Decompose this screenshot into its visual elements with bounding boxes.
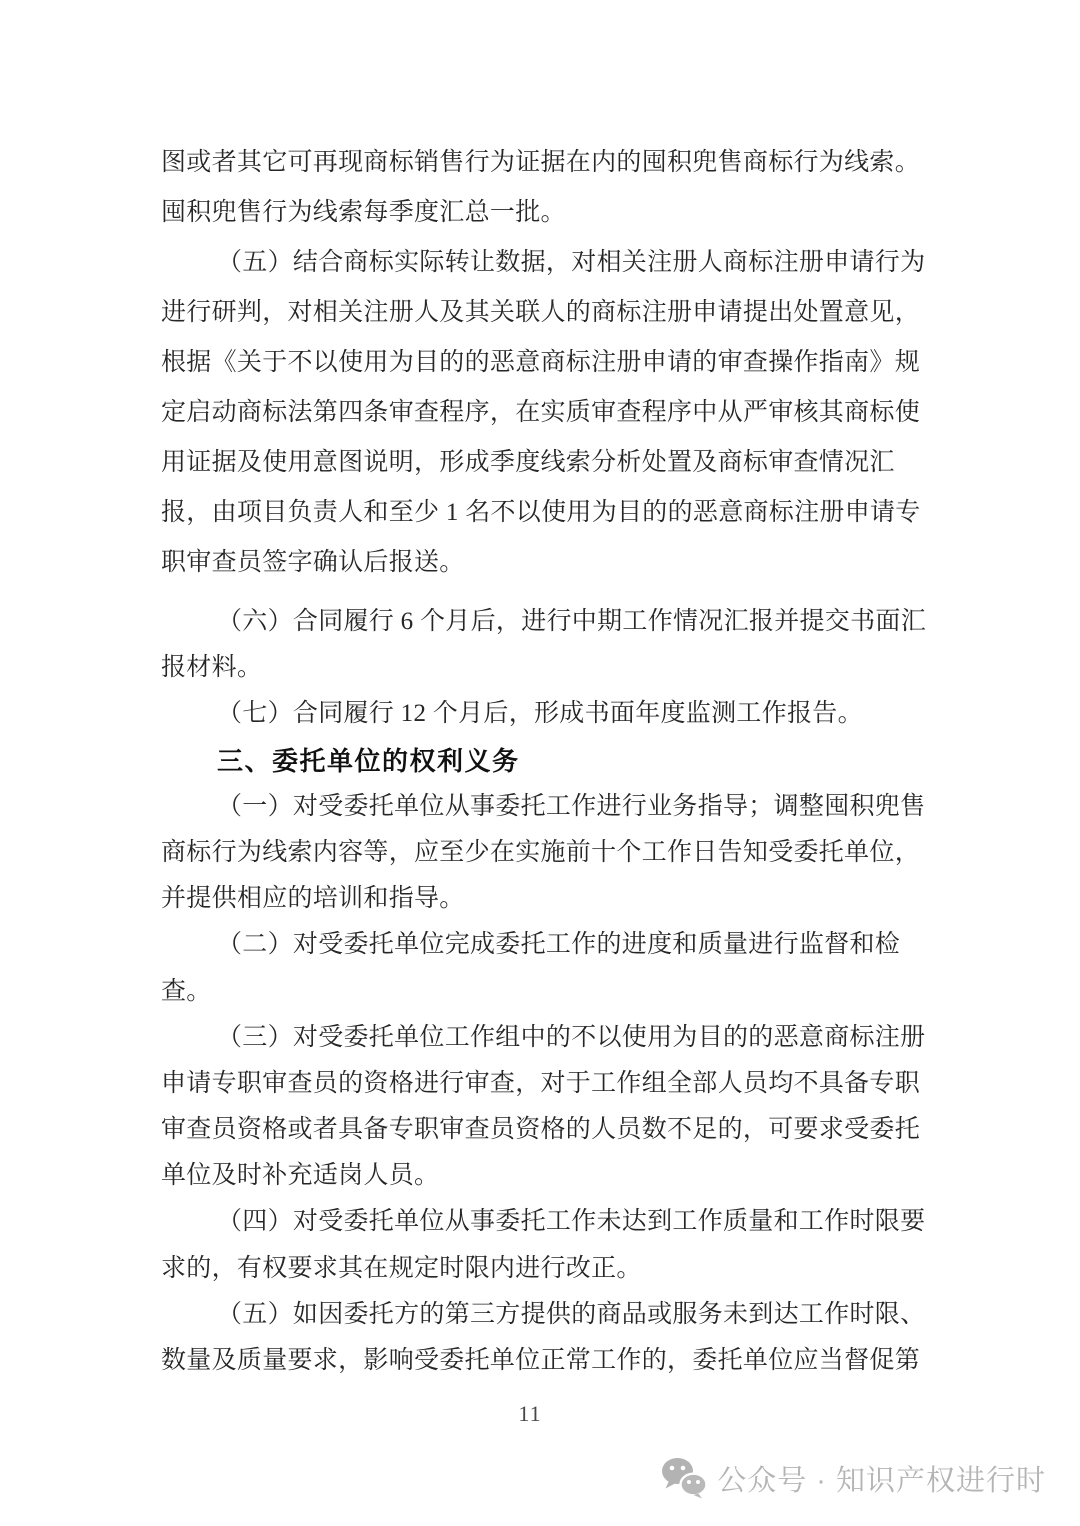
document-line: 报，由项目负责人和至少 1 名不以使用为目的的恶意商标注册申请专: [161, 488, 961, 538]
document-line: 报材料。: [161, 645, 961, 691]
section-heading: 三、委托单位的权利义务: [161, 738, 961, 784]
document-line: 用证据及使用意图说明，形成季度线索分析处置及商标审查情况汇: [161, 438, 961, 488]
document-line: 图或者其它可再现商标销售行为证据在内的囤积兜售商标行为线索。: [161, 138, 961, 188]
document-line: （四）对受委托单位从事委托工作未达到工作质量和工作时限要: [161, 1199, 961, 1245]
document-line: 申请专职审查员的资格进行审查，对于工作组全部人员均不具备专职: [161, 1061, 961, 1107]
document-text-block-bottom: （六）合同履行 6 个月后，进行中期工作情况汇报并提交书面汇报材料。（七）合同履…: [161, 599, 961, 1384]
document-line: （二）对受委托单位完成委托工作的进度和质量进行监督和检: [161, 922, 961, 968]
document-line: （六）合同履行 6 个月后，进行中期工作情况汇报并提交书面汇: [161, 599, 961, 645]
document-line: （五）结合商标实际转让数据，对相关注册人商标注册申请行为: [161, 238, 961, 288]
document-line: 单位及时补充适岗人员。: [161, 1153, 961, 1199]
document-line: 审查员资格或者具备专职审查员资格的人员数不足的，可要求受委托: [161, 1107, 961, 1153]
document-text-block-top: 图或者其它可再现商标销售行为证据在内的囤积兜售商标行为线索。囤积兜售行为线索每季…: [161, 138, 961, 588]
watermark-label: 公众号 · 知识产权进行时: [717, 1458, 1046, 1499]
document-line: （一）对受委托单位从事委托工作进行业务指导；调整囤积兜售: [161, 784, 961, 830]
document-line: 求的，有权要求其在规定时限内进行改正。: [161, 1246, 961, 1292]
document-line: 定启动商标法第四条审查程序，在实质审查程序中从严审核其商标使: [161, 388, 961, 438]
wechat-icon: [661, 1457, 707, 1499]
document-line: 查。: [161, 969, 961, 1015]
document-line: （五）如因委托方的第三方提供的商品或服务未到达工作时限、: [161, 1292, 961, 1338]
document-page: 图或者其它可再现商标销售行为证据在内的囤积兜售商标行为线索。囤积兜售行为线索每季…: [0, 0, 1080, 1526]
document-line: 进行研判，对相关注册人及其关联人的商标注册申请提出处置意见，: [161, 288, 961, 338]
document-line: （七）合同履行 12 个月后，形成书面年度监测工作报告。: [161, 691, 961, 737]
document-line: 并提供相应的培训和指导。: [161, 876, 961, 922]
page-number: 11: [0, 1401, 1060, 1427]
document-line: 根据《关于不以使用为目的的恶意商标注册申请的审查操作指南》规: [161, 338, 961, 388]
document-line: （三）对受委托单位工作组中的不以使用为目的的恶意商标注册: [161, 1015, 961, 1061]
document-line: 数量及质量要求，影响受委托单位正常工作的，委托单位应当督促第: [161, 1338, 961, 1384]
document-line: 囤积兜售行为线索每季度汇总一批。: [161, 188, 961, 238]
document-line: 职审查员签字确认后报送。: [161, 538, 961, 588]
watermark-banner: 公众号 · 知识产权进行时: [661, 1453, 1046, 1503]
document-line: 商标行为线索内容等，应至少在实施前十个工作日告知受委托单位，: [161, 830, 961, 876]
